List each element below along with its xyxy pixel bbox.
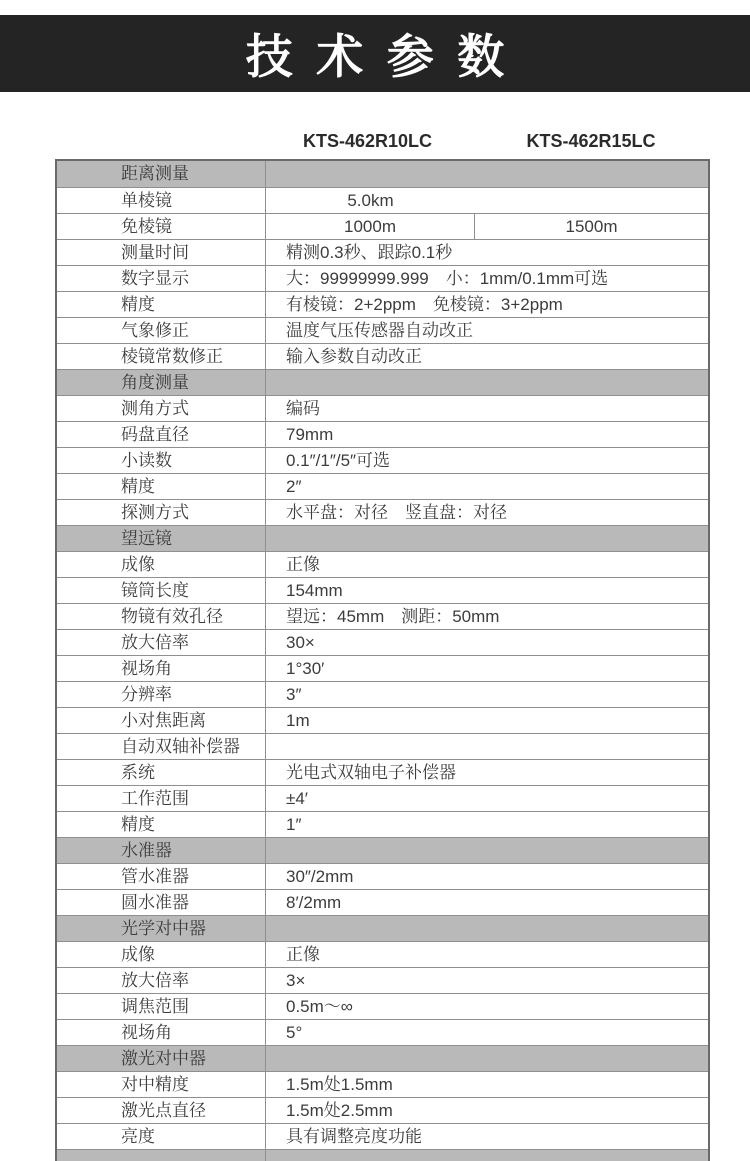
- row-label: 亮度: [57, 1124, 265, 1149]
- row-label: 激光对中器: [57, 1046, 265, 1071]
- row-label: 棱镜常数修正: [57, 344, 265, 369]
- section-row-34: 激光对中器: [57, 1045, 708, 1071]
- spec-row-21: 小对焦距离1m: [57, 707, 708, 733]
- row-value: 5.0km: [265, 188, 708, 213]
- spec-row-15: 成像正像: [57, 551, 708, 577]
- row-value: [265, 526, 708, 551]
- row-label: 圆水准器: [57, 890, 265, 915]
- row-label: 测量时间: [57, 240, 265, 265]
- row-value: 正像: [265, 942, 708, 967]
- row-label: 精度: [57, 474, 265, 499]
- title-banner: 技术参数: [0, 15, 750, 92]
- model-name-2: KTS-462R15LC: [472, 131, 710, 152]
- row-label: 角度测量: [57, 370, 265, 395]
- spec-row-7: 棱镜常数修正输入参数自动改正: [57, 343, 708, 369]
- row-value: 大：99999999.999 小：1mm/0.1mm可选: [265, 266, 708, 291]
- row-value: 编码: [265, 396, 708, 421]
- section-row-8: 角度测量: [57, 369, 708, 395]
- row-label: 光学对中器: [57, 916, 265, 941]
- row-label: 视场角: [57, 1020, 265, 1045]
- model-name-1: KTS-462R10LC: [263, 131, 472, 152]
- row-label: 水准器: [57, 838, 265, 863]
- row-value: 输入参数自动改正: [265, 344, 708, 369]
- spec-row-2: 免棱镜1000m1500m: [57, 213, 708, 239]
- spec-row-5: 精度有棱镜：2+2ppm 免棱镜：3+2ppm: [57, 291, 708, 317]
- row-label: 测角方式: [57, 396, 265, 421]
- row-value: [265, 161, 708, 187]
- row-label: 对中精度: [57, 1072, 265, 1097]
- spec-row-1: 单棱镜5.0km: [57, 187, 708, 213]
- spec-row-19: 视场角1°30′: [57, 655, 708, 681]
- row-label: 视场角: [57, 656, 265, 681]
- row-label: 放大倍率: [57, 968, 265, 993]
- row-label: 单棱镜: [57, 188, 265, 213]
- row-value: 光电式双轴电子补偿器: [265, 760, 708, 785]
- spec-row-35: 对中精度1.5m处1.5mm: [57, 1071, 708, 1097]
- spec-row-10: 码盘直径79mm: [57, 421, 708, 447]
- spec-row-9: 测角方式编码: [57, 395, 708, 421]
- row-label: 系统: [57, 760, 265, 785]
- row-value: [265, 838, 708, 863]
- row-value: 1.5m处1.5mm: [265, 1072, 708, 1097]
- spec-row-13: 探测方式水平盘：对径 竖直盘：对径: [57, 499, 708, 525]
- spec-row-20: 分辨率3″: [57, 681, 708, 707]
- section-row-0: 距离测量: [57, 161, 708, 187]
- row-value: 2″: [265, 474, 708, 499]
- row-label: 数字显示: [57, 266, 265, 291]
- row-value: 温度气压传感器自动改正: [265, 318, 708, 343]
- row-label: 成像: [57, 552, 265, 577]
- spec-row-27: 管水准器30″/2mm: [57, 863, 708, 889]
- spec-row-4: 数字显示大：99999999.999 小：1mm/0.1mm可选: [57, 265, 708, 291]
- spec-row-22: 自动双轴补偿器: [57, 733, 708, 759]
- row-label: 探测方式: [57, 500, 265, 525]
- row-value: 0.5m～∞: [265, 994, 708, 1019]
- spec-row-3: 测量时间精测0.3秒、跟踪0.1秒: [57, 239, 708, 265]
- section-row-14: 望远镜: [57, 525, 708, 551]
- spec-row-11: 小读数0.1″/1″/5″可选: [57, 447, 708, 473]
- row-label: 距离测量: [57, 161, 265, 187]
- row-value: ±4′: [265, 786, 708, 811]
- model-names-row: KTS-462R10LC KTS-462R15LC: [55, 124, 710, 158]
- row-label: 分辨率: [57, 682, 265, 707]
- row-label: 小读数: [57, 448, 265, 473]
- row-value: 3″: [265, 682, 708, 707]
- row-value: 望远：45mm 测距：50mm: [265, 604, 708, 629]
- row-value: [265, 734, 708, 759]
- row-label: 免棱镜: [57, 214, 265, 239]
- row-label: 气象修正: [57, 318, 265, 343]
- row-value: [265, 1150, 708, 1161]
- row-value: 有棱镜：2+2ppm 免棱镜：3+2ppm: [265, 292, 708, 317]
- section-row-29: 光学对中器: [57, 915, 708, 941]
- spec-row-16: 镜筒长度154mm: [57, 577, 708, 603]
- row-value: 正像: [265, 552, 708, 577]
- spec-row-30: 成像正像: [57, 941, 708, 967]
- row-value: 精测0.3秒、跟踪0.1秒: [265, 240, 708, 265]
- row-value: 水平盘：对径 竖直盘：对径: [265, 500, 708, 525]
- spec-row-33: 视场角5°: [57, 1019, 708, 1045]
- row-label: 成像: [57, 942, 265, 967]
- spec-row-17: 物镜有效孔径望远：45mm 测距：50mm: [57, 603, 708, 629]
- row-value: 8′/2mm: [265, 890, 708, 915]
- row-value: 1m: [265, 708, 708, 733]
- row-label: 管水准器: [57, 864, 265, 889]
- page-title: 技术参数: [222, 20, 528, 87]
- spec-row-24: 工作范围±4′: [57, 785, 708, 811]
- row-label: 望远镜: [57, 526, 265, 551]
- row-label: 放大倍率: [57, 630, 265, 655]
- row-value: 0.1″/1″/5″可选: [265, 448, 708, 473]
- spec-row-25: 精度1″: [57, 811, 708, 837]
- row-label: [57, 1150, 265, 1161]
- row-value-1: 1000m: [265, 214, 474, 239]
- row-value: 30×: [265, 630, 708, 655]
- row-value: 1°30′: [265, 656, 708, 681]
- row-label: 工作范围: [57, 786, 265, 811]
- row-label: 精度: [57, 292, 265, 317]
- row-label: 物镜有效孔径: [57, 604, 265, 629]
- row-label: 小对焦距离: [57, 708, 265, 733]
- row-value: [265, 370, 708, 395]
- row-label: 调焦范围: [57, 994, 265, 1019]
- row-label: 码盘直径: [57, 422, 265, 447]
- spec-row-28: 圆水准器8′/2mm: [57, 889, 708, 915]
- spec-row-12: 精度2″: [57, 473, 708, 499]
- row-value: 30″/2mm: [265, 864, 708, 889]
- spec-row-23: 系统光电式双轴电子补偿器: [57, 759, 708, 785]
- spec-table: 距离测量单棱镜5.0km免棱镜1000m1500m测量时间精测0.3秒、跟踪0.…: [55, 159, 710, 1161]
- row-value: 5°: [265, 1020, 708, 1045]
- row-value: [265, 1046, 708, 1071]
- spec-row-18: 放大倍率30×: [57, 629, 708, 655]
- row-label: 自动双轴补偿器: [57, 734, 265, 759]
- row-value: 1″: [265, 812, 708, 837]
- row-value: 1.5m处2.5mm: [265, 1098, 708, 1123]
- spec-row-37: 亮度具有调整亮度功能: [57, 1123, 708, 1149]
- row-value: 具有调整亮度功能: [265, 1124, 708, 1149]
- spec-row-36: 激光点直径1.5m处2.5mm: [57, 1097, 708, 1123]
- partial-row: [57, 1149, 708, 1161]
- row-label: 精度: [57, 812, 265, 837]
- spec-row-31: 放大倍率3×: [57, 967, 708, 993]
- row-value: 79mm: [265, 422, 708, 447]
- row-value-2: 1500m: [474, 214, 708, 239]
- row-label: 镜筒长度: [57, 578, 265, 603]
- row-label: 激光点直径: [57, 1098, 265, 1123]
- row-value: 154mm: [265, 578, 708, 603]
- row-value: [265, 916, 708, 941]
- spec-row-6: 气象修正温度气压传感器自动改正: [57, 317, 708, 343]
- row-value-centered: 5.0km: [266, 188, 475, 213]
- row-value: 3×: [265, 968, 708, 993]
- spec-row-32: 调焦范围0.5m～∞: [57, 993, 708, 1019]
- section-row-26: 水准器: [57, 837, 708, 863]
